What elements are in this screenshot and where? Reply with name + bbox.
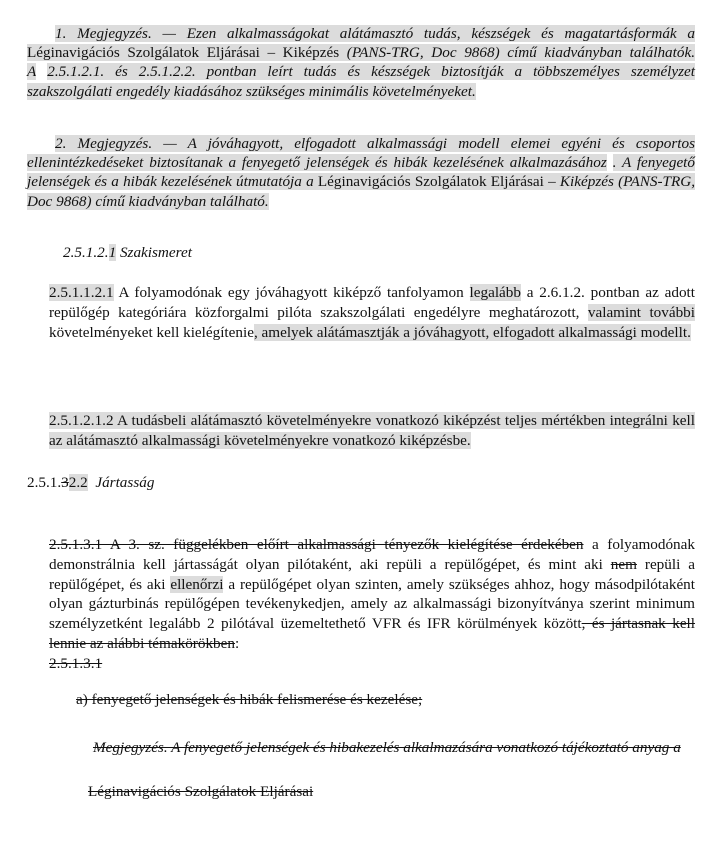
note-2-publication: Léginavigációs Szolgálatok Eljárásai – — [318, 173, 560, 190]
note-1-label: 1. Megjegyzés. — — [55, 25, 176, 42]
section-heading-skill: 2.5.1.32.2 Jártasság — [27, 473, 154, 493]
section-number-inserted: 2.2 — [69, 474, 88, 491]
edit-marker — [607, 154, 613, 171]
note-2-label: 2. Megjegyzés. — — [55, 135, 177, 152]
highlighted-text: valamint további — [588, 304, 695, 321]
paragraph-text: A folyamodónak egy jóváhagyott kiképző t… — [114, 284, 470, 301]
deleted-note: Megjegyzés. A fenyegető jelenségek és hi… — [49, 738, 695, 758]
deleted-publication-text: Léginavigációs Szolgálatok Eljárásai — [88, 783, 313, 800]
note-1-text-d: 2.5.1.2.1. és 2.5.1.2.2. pontban leírt t… — [27, 63, 695, 99]
highlighted-word: ellenőrzi — [170, 576, 223, 593]
edit-marker — [36, 63, 47, 80]
note-1-publication: Léginavigációs Szolgálatok Eljárásai – K… — [27, 44, 339, 61]
highlighted-text: , amelyek alátámasztják a jóváhagyott, e… — [254, 324, 691, 341]
paragraph-skill: 2.5.1.3.1 A 3. sz. függelékben előírt al… — [49, 535, 695, 674]
paragraph-2-5-1-2-1-2: 2.5.1.2.1.2 A tudásbeli alátámasztó köve… — [49, 411, 695, 451]
note-1: 1. Megjegyzés. — Ezen alkalmasságokat al… — [27, 24, 695, 101]
deleted-text: nem — [611, 556, 637, 573]
note-2: 2. Megjegyzés. — A jóváhagyott, elfogado… — [27, 134, 695, 211]
section-title: Jártasság — [95, 474, 154, 491]
paragraph-text: 2.5.1.2.1.2 A tudásbeli alátámasztó köve… — [49, 412, 695, 449]
paragraph-2-5-1-1-2-1: 2.5.1.1.2.1 A folyamodónak egy jóváhagyo… — [49, 283, 695, 343]
note-1-text-a: Ezen alkalmasságokat alátámasztó tudás, … — [176, 25, 695, 42]
paragraph-number: 2.5.1.1.2.1 — [49, 284, 114, 301]
highlighted-word: legalább — [470, 284, 521, 301]
paragraph-text: : — [235, 635, 239, 652]
section-number: 2.5.1.2. — [63, 244, 109, 261]
deleted-publication: Léginavigációs Szolgálatok Eljárásai — [88, 782, 313, 802]
list-item-a-deleted: a) fenyegető jelenségek és hibák felisme… — [76, 690, 422, 710]
deleted-number: 2.5.1.3.1 — [49, 655, 102, 672]
paragraph-text: követelményeket kell kielégítenie — [49, 324, 254, 341]
deleted-note-text: Megjegyzés. A fenyegető jelenségek és hi… — [49, 739, 681, 756]
section-number-deleted: 3 — [61, 474, 69, 491]
section-title: Szakismeret — [116, 244, 192, 261]
list-item-text: a) fenyegető jelenségek és hibák felisme… — [76, 691, 422, 708]
deleted-text: 2.5.1.3.1 A 3. sz. függelékben előírt al… — [49, 536, 584, 553]
section-number: 2.5.1. — [27, 474, 61, 491]
section-heading-knowledge: 2.5.1.2.1 Szakismeret — [63, 243, 192, 263]
